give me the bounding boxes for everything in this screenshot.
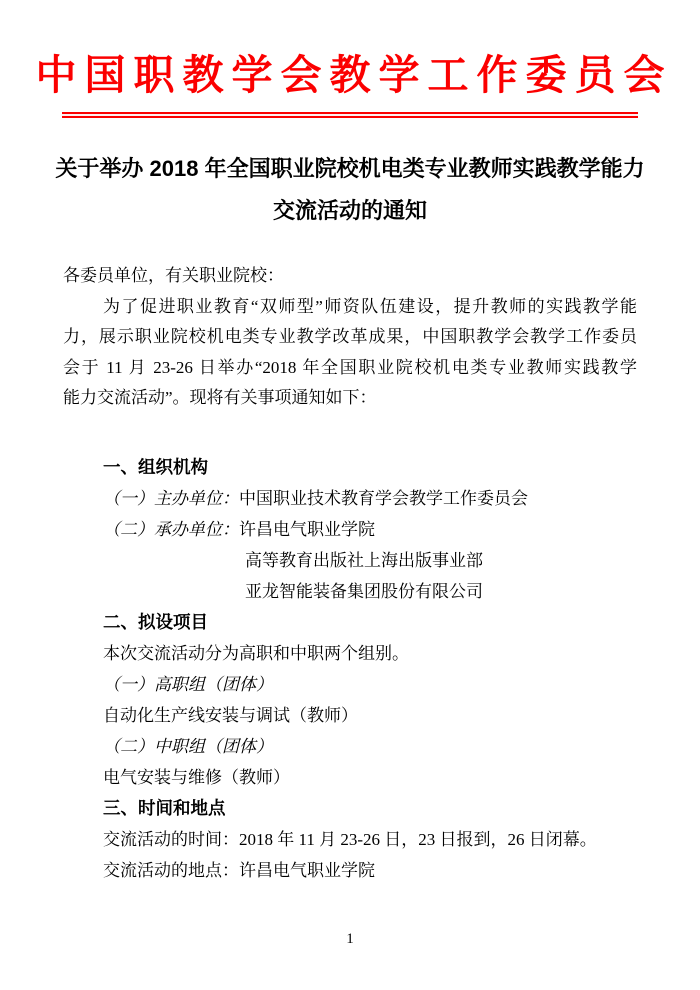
document-page: 中国职教学会教学工作委员会 关于举办 2018 年全国职业院校机电类专业教师实践… <box>0 0 700 990</box>
document-title: 关于举办 2018 年全国职业院校机电类专业教师实践教学能力 交流活动的通知 <box>0 148 700 232</box>
sections-block: 一、组织机构 （一）主办单位：中国职业技术教育学会教学工作委员会 （二）承办单位… <box>63 452 637 886</box>
paragraph-line: 能力交流活动”。现将有关事项通知如下： <box>63 383 637 414</box>
paragraph-line: 为了促进职业教育“双师型”师资队伍建设，提升教师的实践教学能 <box>63 292 637 323</box>
red-divider-line <box>62 112 638 118</box>
letterhead-title: 中国职教学会教学工作委员会 <box>0 50 700 100</box>
paragraph-line: 力，展示职业院校机电类专业教学改革成果，中国职教学会教学工作委员 <box>63 322 637 353</box>
event-place-line: 交流活动的地点：许昌电气职业学院 <box>63 855 637 886</box>
document-title-line1: 关于举办 2018 年全国职业院校机电类专业教师实践教学能力 <box>0 148 700 190</box>
document-title-line2: 交流活动的通知 <box>0 190 700 232</box>
section1-heading: 一、组织机构 <box>63 452 637 483</box>
section1-item-organizer: （二）承办单位：许昌电气职业学院 <box>63 514 637 545</box>
intro-paragraph-block: 各委员单位，有关职业院校： 为了促进职业教育“双师型”师资队伍建设，提升教师的实… <box>63 261 637 414</box>
organizer-value: 许昌电气职业学院 <box>239 520 375 539</box>
group2-label: （二）中职组（团体） <box>63 731 637 762</box>
greeting-line: 各委员单位，有关职业院校： <box>63 261 637 292</box>
organizer-label: （二）承办单位： <box>103 520 239 539</box>
group2-item: 电气安装与维修（教师） <box>63 762 637 793</box>
co-organizer-line: 高等教育出版社上海出版事业部 <box>63 545 637 576</box>
group1-label: （一）高职组（团体） <box>63 669 637 700</box>
page-number: 1 <box>0 929 700 949</box>
host-label: （一）主办单位： <box>103 489 239 508</box>
co-organizer-line: 亚龙智能装备集团股份有限公司 <box>63 576 637 607</box>
section2-intro: 本次交流活动分为高职和中职两个组别。 <box>63 638 637 669</box>
host-value: 中国职业技术教育学会教学工作委员会 <box>239 489 528 508</box>
section3-heading: 三、时间和地点 <box>63 793 637 824</box>
section2-heading: 二、拟设项目 <box>63 607 637 638</box>
section1-item-host: （一）主办单位：中国职业技术教育学会教学工作委员会 <box>63 483 637 514</box>
event-time-line: 交流活动的时间：2018 年 11 月 23-26 日，23 日报到，26 日闭… <box>63 824 637 855</box>
group1-item: 自动化生产线安装与调试（教师） <box>63 700 637 731</box>
paragraph-line: 会于 11 月 23-26 日举办“2018 年全国职业院校机电类专业教师实践教… <box>63 353 637 384</box>
